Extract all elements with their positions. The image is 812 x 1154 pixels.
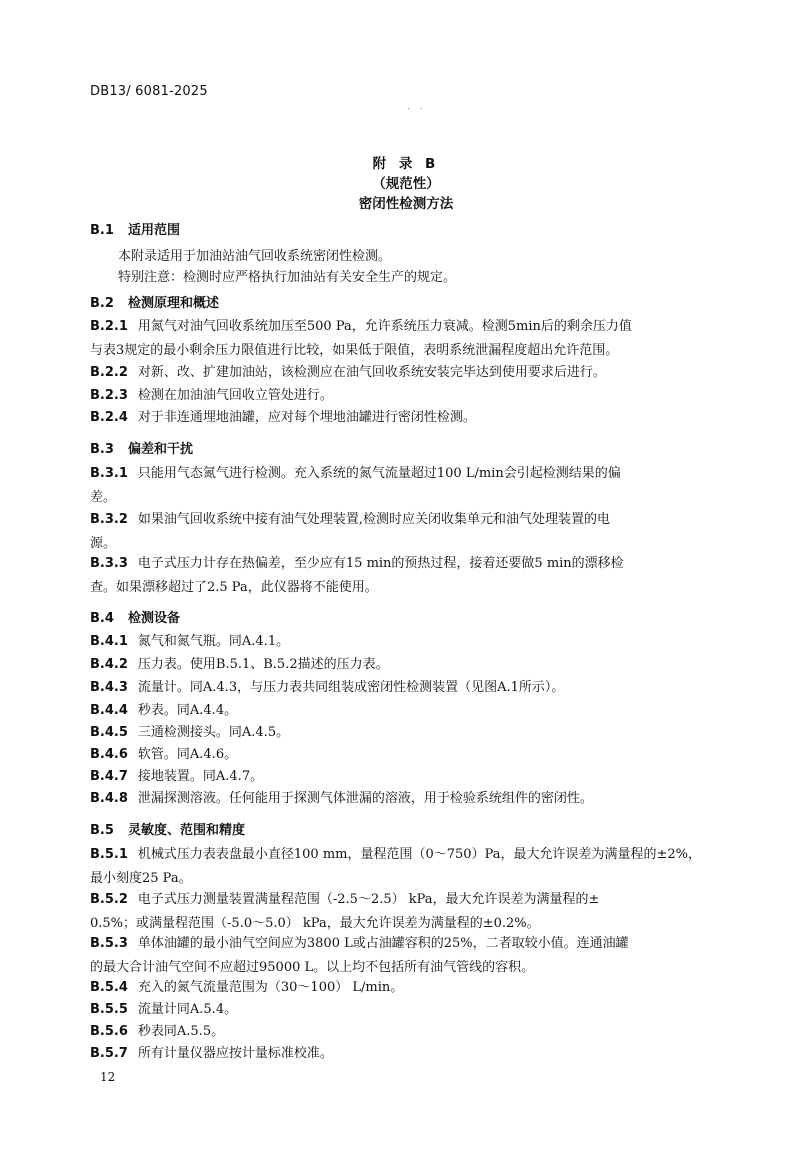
- section-title: 灵敏度、范围和精度: [128, 823, 245, 838]
- clause-b5-4: B.5.4充入的氮气流量范围为（30～100） L/min。: [90, 976, 724, 1000]
- clause-number: B.5.2: [90, 892, 128, 907]
- section-heading-b2: B.2检测原理和概述: [90, 292, 219, 311]
- document-page: DB13/ 6081-2025 附 录 B （规范性） 密闭性检测方法 B.1适…: [0, 0, 812, 1154]
- clause-text: 对新、改、扩建加油站，该检测应在油气回收系统安装完毕达到使用要求后进行。: [138, 365, 606, 380]
- clause-number: B.4.2: [90, 657, 128, 672]
- section-number: B.2: [90, 296, 128, 311]
- clause-number: B.5.3: [90, 936, 128, 951]
- clause-number: B.2.1: [90, 319, 128, 334]
- clause-b4-7: B.4.7接地装置。同A.4.7。: [90, 765, 724, 789]
- section-number: B.3: [90, 442, 128, 457]
- clause-number: B.5.6: [90, 1024, 128, 1039]
- clause-text: 所有计量仪器应按计量标准校准。: [138, 1046, 333, 1061]
- clause-b5-3: B.5.3单体油罐的最小油气空间应为3800 L或占油罐容积的25%，二者取较小…: [90, 932, 724, 980]
- clause-b4-2: B.4.2压力表。使用B.5.1、B.5.2描述的压力表。: [90, 653, 724, 677]
- section-heading-b1: B.1适用范围: [90, 219, 180, 238]
- clause-number: B.5.4: [90, 980, 128, 995]
- clause-text: 泄漏探测溶液。任何能用于探测气体泄漏的溶液，用于检验系统组件的密闭性。: [138, 791, 593, 806]
- clause-number: B.4.3: [90, 680, 128, 695]
- clause-b5-6: B.5.6秒表同A.5.5。: [90, 1020, 724, 1044]
- clause-text: 机械式压力表表盘最小直径100 mm，量程范围（0～750）Pa，最大允许误差为…: [138, 847, 701, 862]
- section-heading-b4: B.4检测设备: [90, 607, 180, 626]
- clause-b4-5: B.4.5三通检测接头。同A.4.5。: [90, 721, 724, 745]
- clause-number: B.3.1: [90, 466, 128, 481]
- clause-number: B.4.8: [90, 791, 128, 806]
- appendix-label: 附 录 B: [0, 152, 812, 172]
- clause-text: 流量计同A.5.4。: [138, 1002, 237, 1017]
- section-number: B.4: [90, 611, 128, 626]
- scan-artifact-dots: [408, 108, 422, 110]
- clause-number: B.3.3: [90, 556, 128, 571]
- appendix-subject: 密闭性检测方法: [0, 192, 812, 212]
- clause-text: 流量计。同A.4.3，与压力表共同组装成密闭性检测装置（见图A.1所示）。: [138, 680, 565, 695]
- clause-text: 与表3规定的最小剩余压力限值进行比较，如果低于限值，表明系统泄漏程度超出允许范围…: [90, 339, 724, 363]
- clause-text: 软管。同A.4.6。: [138, 747, 237, 762]
- section-title: 检测原理和概述: [128, 296, 219, 311]
- clause-b5-1: B.5.1机械式压力表表盘最小直径100 mm，量程范围（0～750）Pa，最大…: [90, 843, 724, 891]
- clause-text: 氮气和氮气瓶。同A.4.1。: [138, 634, 289, 649]
- section-title: 检测设备: [128, 611, 180, 626]
- section-title: 偏差和干扰: [128, 442, 193, 457]
- clause-b2-4: B.2.4对于非连通埋地油罐，应对每个埋地油罐进行密闭性检测。: [90, 406, 724, 430]
- clause-number: B.2.2: [90, 365, 128, 380]
- clause-number: B.5.7: [90, 1046, 128, 1061]
- clause-text: 接地装置。同A.4.7。: [138, 769, 263, 784]
- section-title: 适用范围: [128, 223, 180, 238]
- clause-b2-1: B.2.1用氮气对油气回收系统加压至500 Pa，允许系统压力衰减。检测5min…: [90, 315, 724, 363]
- paragraph: 本附录适用于加油站油气回收系统密闭性检测。: [118, 245, 391, 264]
- clause-b4-6: B.4.6软管。同A.4.6。: [90, 743, 724, 767]
- clause-text: 秒表。同A.4.4。: [138, 703, 237, 718]
- document-code: DB13/ 6081-2025: [90, 84, 208, 99]
- clause-number: B.4.6: [90, 747, 128, 762]
- appendix-type: （规范性）: [0, 172, 812, 192]
- page-number: 12: [100, 1070, 115, 1084]
- clause-text: 电子式压力测量装置满量程范围（-2.5～2.5） kPa，最大允许误差为满量程的…: [138, 892, 600, 907]
- clause-number: B.2.4: [90, 410, 128, 425]
- paragraph: 特别注意：检测时应严格执行加油站有关安全生产的规定。: [118, 266, 456, 285]
- clause-b3-1: B.3.1只能用气态氮气进行检测。充入系统的氮气流量超过100 L/min会引起…: [90, 462, 724, 510]
- clause-text: 用氮气对油气回收系统加压至500 Pa，允许系统压力衰减。检测5min后的剩余压…: [138, 319, 632, 334]
- section-number: B.5: [90, 823, 128, 838]
- clause-text: 压力表。使用B.5.1、B.5.2描述的压力表。: [138, 657, 389, 672]
- clause-text: 单体油罐的最小油气空间应为3800 L或占油罐容积的25%，二者取较小值。连通油…: [138, 936, 629, 951]
- clause-text: 检测在加油油气回收立管处进行。: [138, 388, 333, 403]
- clause-text: 秒表同A.5.5。: [138, 1024, 224, 1039]
- clause-number: B.5.5: [90, 1002, 128, 1017]
- clause-b3-3: B.3.3电子式压力计存在热偏差，至少应有15 min的预热过程，接着还要做5 …: [90, 552, 724, 600]
- section-number: B.1: [90, 223, 128, 238]
- clause-b2-3: B.2.3检测在加油油气回收立管处进行。: [90, 384, 724, 408]
- clause-text: 差。: [90, 486, 724, 510]
- clause-b5-5: B.5.5流量计同A.5.4。: [90, 998, 724, 1022]
- clause-b5-2: B.5.2电子式压力测量装置满量程范围（-2.5～2.5） kPa，最大允许误差…: [90, 888, 724, 936]
- clause-b4-1: B.4.1氮气和氮气瓶。同A.4.1。: [90, 630, 724, 654]
- clause-number: B.3.2: [90, 512, 128, 527]
- clause-b3-2: B.3.2如果油气回收系统中接有油气处理装置,检测时应关闭收集单元和油气处理装置…: [90, 508, 724, 556]
- section-heading-b5: B.5灵敏度、范围和精度: [90, 819, 245, 838]
- clause-b4-3: B.4.3流量计。同A.4.3，与压力表共同组装成密闭性检测装置（见图A.1所示…: [90, 676, 724, 700]
- clause-b4-4: B.4.4秒表。同A.4.4。: [90, 699, 724, 723]
- clause-number: B.5.1: [90, 847, 128, 862]
- clause-text: 电子式压力计存在热偏差，至少应有15 min的预热过程，接着还要做5 min的漂…: [138, 556, 624, 571]
- clause-text: 对于非连通埋地油罐，应对每个埋地油罐进行密闭性检测。: [138, 410, 476, 425]
- clause-b2-2: B.2.2对新、改、扩建加油站，该检测应在油气回收系统安装完毕达到使用要求后进行…: [90, 361, 724, 385]
- clause-number: B.4.4: [90, 703, 128, 718]
- section-heading-b3: B.3偏差和干扰: [90, 438, 193, 457]
- clause-number: B.4.5: [90, 725, 128, 740]
- clause-number: B.2.3: [90, 388, 128, 403]
- clause-number: B.4.7: [90, 769, 128, 784]
- clause-text: 充入的氮气流量范围为（30～100） L/min。: [138, 980, 403, 995]
- clause-text: 三通检测接头。同A.4.5。: [138, 725, 289, 740]
- clause-b5-7: B.5.7所有计量仪器应按计量标准校准。: [90, 1042, 724, 1066]
- clause-text: 查。如果漂移超过了2.5 Pa，此仪器将不能使用。: [90, 576, 724, 600]
- clause-text: 只能用气态氮气进行检测。充入系统的氮气流量超过100 L/min会引起检测结果的…: [138, 466, 621, 481]
- clause-b4-8: B.4.8泄漏探测溶液。任何能用于探测气体泄漏的溶液，用于检验系统组件的密闭性。: [90, 787, 724, 811]
- clause-text: 如果油气回收系统中接有油气处理装置,检测时应关闭收集单元和油气处理装置的电: [138, 512, 610, 527]
- clause-number: B.4.1: [90, 634, 128, 649]
